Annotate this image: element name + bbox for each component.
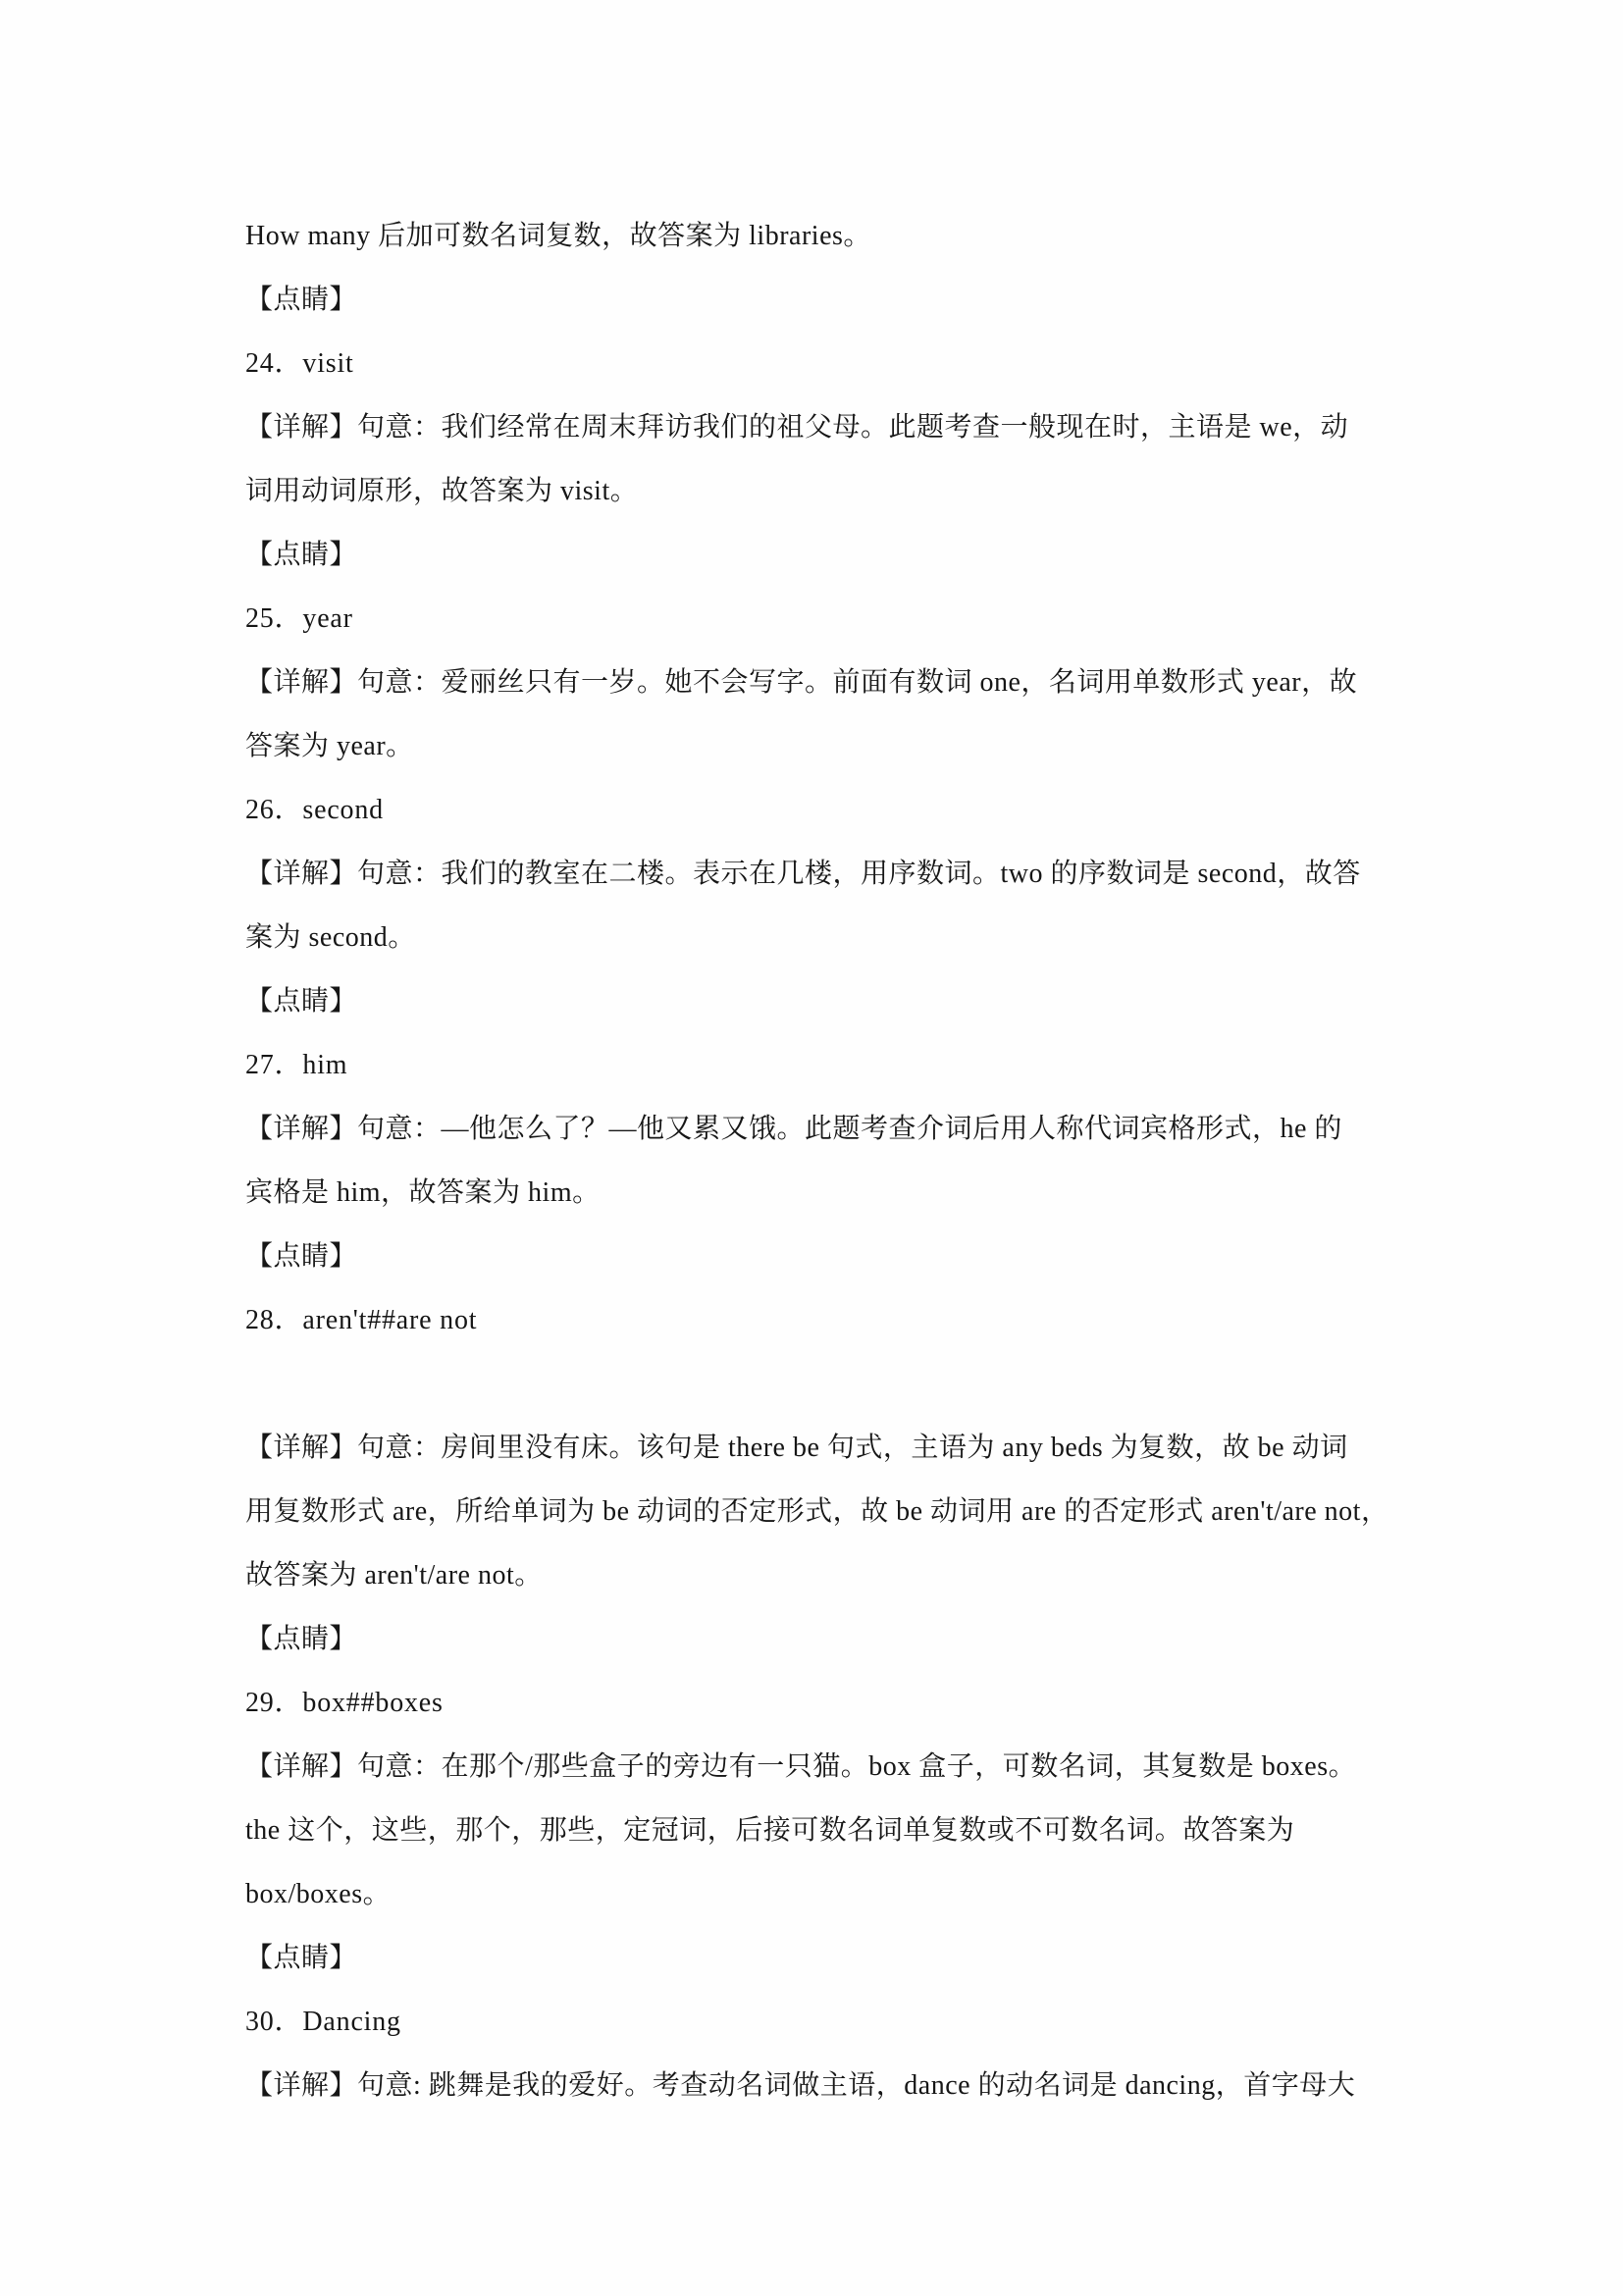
line-explanation-29-a: 【详解】句意：在那个/那些盒子的旁边有一只猫。box 盒子，可数名词，其复数是 …: [245, 1735, 1427, 1799]
line-explanation-28-a: 【详解】句意：房间里没有床。该句是 there be 句式，主语为 any be…: [245, 1416, 1427, 1480]
line-explanation-25-a: 【详解】句意：爱丽丝只有一岁。她不会写字。前面有数词 one，名词用单数形式 y…: [245, 651, 1427, 714]
line-explanation-29-c: box/boxes。: [245, 1862, 1427, 1926]
line-answer-28: 28．aren't##are not: [245, 1288, 1427, 1352]
line-blank-spacer: [245, 1352, 1427, 1416]
line-explanation-24-a: 【详解】句意：我们经常在周末拜访我们的祖父母。此题考查一般现在时，主语是 we，…: [245, 395, 1427, 459]
line-tip-label-26: 【点睛】: [245, 969, 1427, 1033]
line-explanation-29-b: the 这个，这些，那个，那些，定冠词，后接可数名词单复数或不可数名词。故答案为: [245, 1799, 1427, 1862]
line-tip-label-27: 【点睛】: [245, 1225, 1427, 1288]
line-answer-24: 24．visit: [245, 332, 1427, 395]
line-answer-27: 27．him: [245, 1033, 1427, 1097]
line-answer-25: 25．year: [245, 587, 1427, 651]
line-explanation-26-b: 案为 second。: [245, 906, 1427, 969]
line-explanation-27-b: 宾格是 him，故答案为 him。: [245, 1161, 1427, 1225]
line-tip-label-24: 【点睛】: [245, 523, 1427, 587]
line-explanation-23-continued: How many 后加可数名词复数，故答案为 libraries。: [245, 204, 1427, 268]
line-explanation-24-b: 词用动词原形，故答案为 visit。: [245, 459, 1427, 523]
line-explanation-26-a: 【详解】句意：我们的教室在二楼。表示在几楼，用序数词。two 的序数词是 sec…: [245, 842, 1427, 906]
line-answer-26: 26．second: [245, 778, 1427, 842]
document-text-block: How many 后加可数名词复数，故答案为 libraries。 【点睛】 2…: [245, 204, 1427, 2117]
line-tip-label-23: 【点睛】: [245, 268, 1427, 332]
line-explanation-27-a: 【详解】句意：—他怎么了？—他又累又饿。此题考查介词后用人称代词宾格形式，he …: [245, 1097, 1427, 1161]
line-tip-label-29: 【点睛】: [245, 1926, 1427, 1990]
line-explanation-28-b: 用复数形式 are，所给单词为 be 动词的否定形式，故 be 动词用 are …: [245, 1480, 1427, 1543]
line-explanation-25-b: 答案为 year。: [245, 714, 1427, 778]
line-answer-29: 29．box##boxes: [245, 1671, 1427, 1735]
line-explanation-30: 【详解】句意: 跳舞是我的爱好。考查动名词做主语，dance 的动名词是 dan…: [245, 2054, 1427, 2117]
line-tip-label-28: 【点睛】: [245, 1607, 1427, 1671]
line-explanation-28-c: 故答案为 aren't/are not。: [245, 1543, 1427, 1607]
document-page: How many 后加可数名词复数，故答案为 libraries。 【点睛】 2…: [0, 0, 1623, 2296]
line-answer-30: 30．Dancing: [245, 1990, 1427, 2054]
